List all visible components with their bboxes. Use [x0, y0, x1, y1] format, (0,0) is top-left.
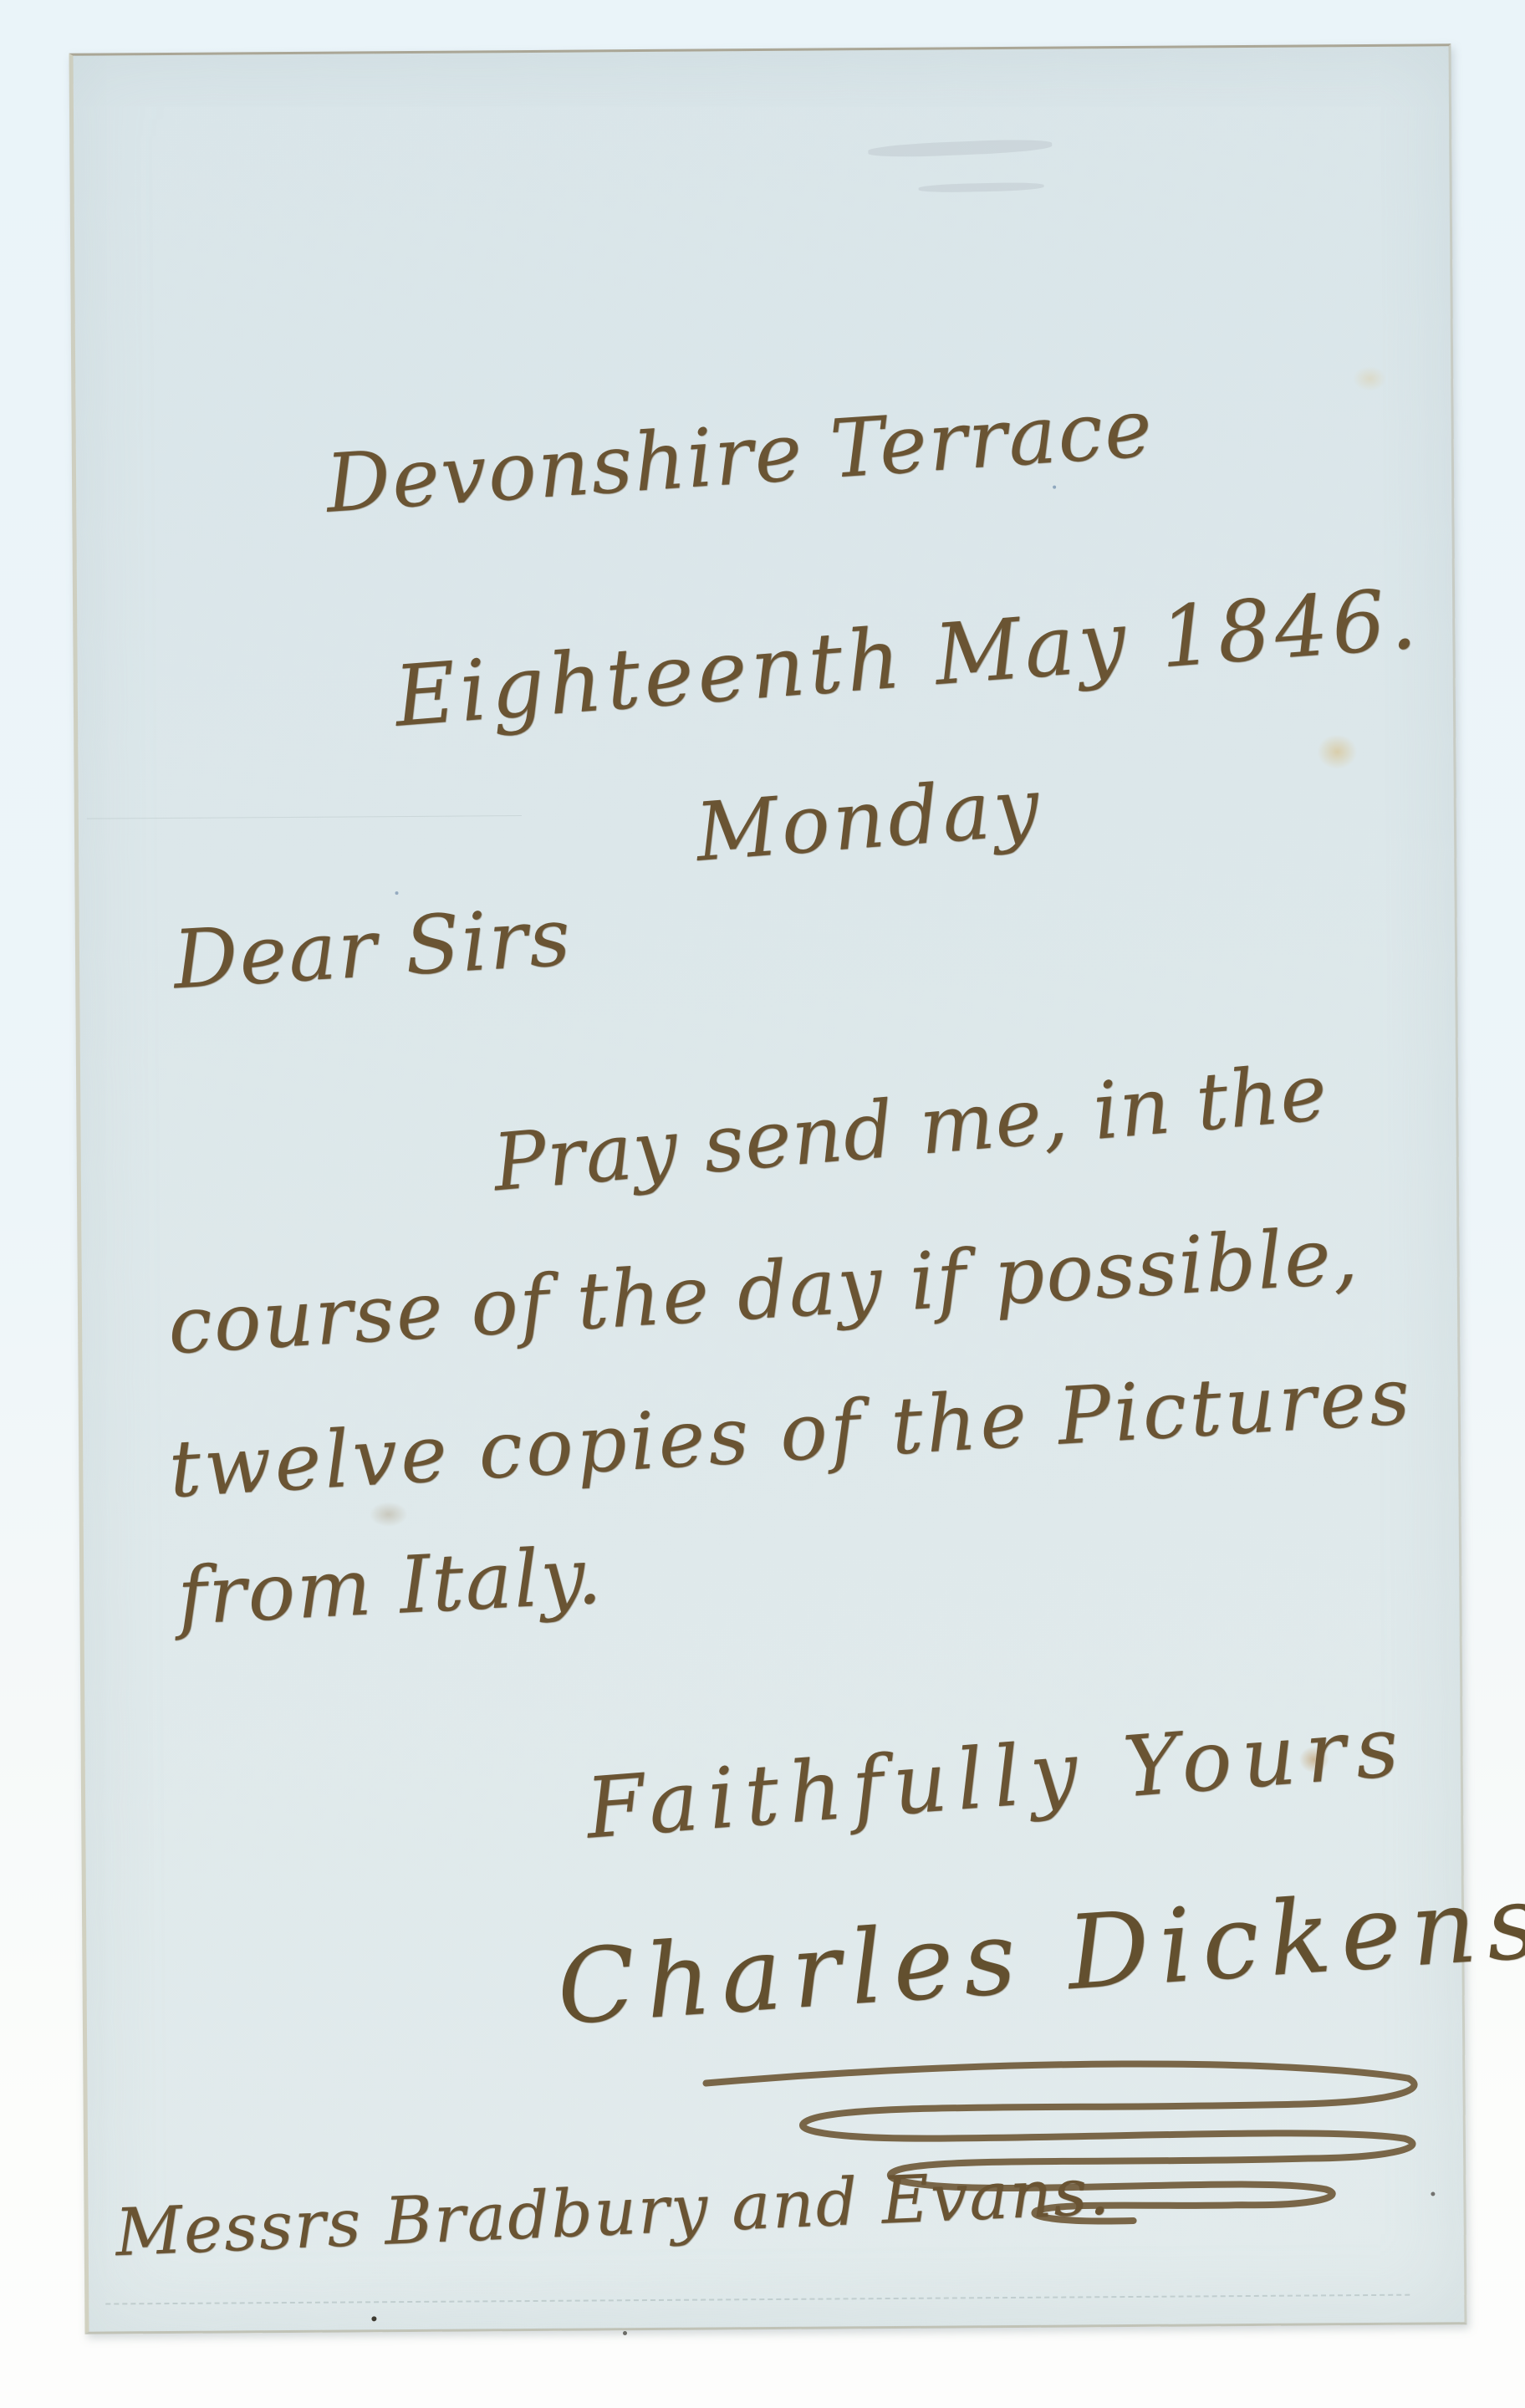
- ink-smudge: [370, 1502, 408, 1527]
- body-line-2: course of the day if possible,: [166, 1213, 1361, 1370]
- closing-line: Faithfully Yours: [583, 1700, 1411, 1854]
- paper-stain: [1317, 734, 1357, 769]
- paper-crease: [105, 2294, 1410, 2305]
- signature: Charles Dickens: [553, 1865, 1525, 2044]
- body-line-3: twelve copies of the Pictures: [166, 1354, 1415, 1514]
- scan-speck: [623, 2331, 627, 2335]
- salutation-line: Dear Sirs: [171, 893, 574, 1005]
- day-line: Monday: [692, 763, 1045, 877]
- paper-speck: [395, 891, 399, 895]
- paper-speck: [371, 2316, 376, 2321]
- paper-stain: [1353, 366, 1386, 391]
- address-line: Devonshire Terrace: [323, 385, 1156, 529]
- scan-smudge: [868, 138, 1052, 159]
- paper-speck: [1053, 486, 1056, 489]
- addressee-line: Messrs Bradbury and Evans.: [114, 2156, 1112, 2270]
- letter-paper: Devonshire Terrace Eighteenth May 1846. …: [69, 43, 1466, 2334]
- scanned-letter-page: Devonshire Terrace Eighteenth May 1846. …: [0, 0, 1525, 2408]
- date-line: Eighteenth May 1846.: [391, 573, 1423, 743]
- body-line-1: Pray send me, in the: [490, 1049, 1331, 1207]
- body-line-4: from Italy.: [176, 1533, 604, 1640]
- scan-smudge: [919, 181, 1044, 193]
- paper-crease: [87, 815, 522, 819]
